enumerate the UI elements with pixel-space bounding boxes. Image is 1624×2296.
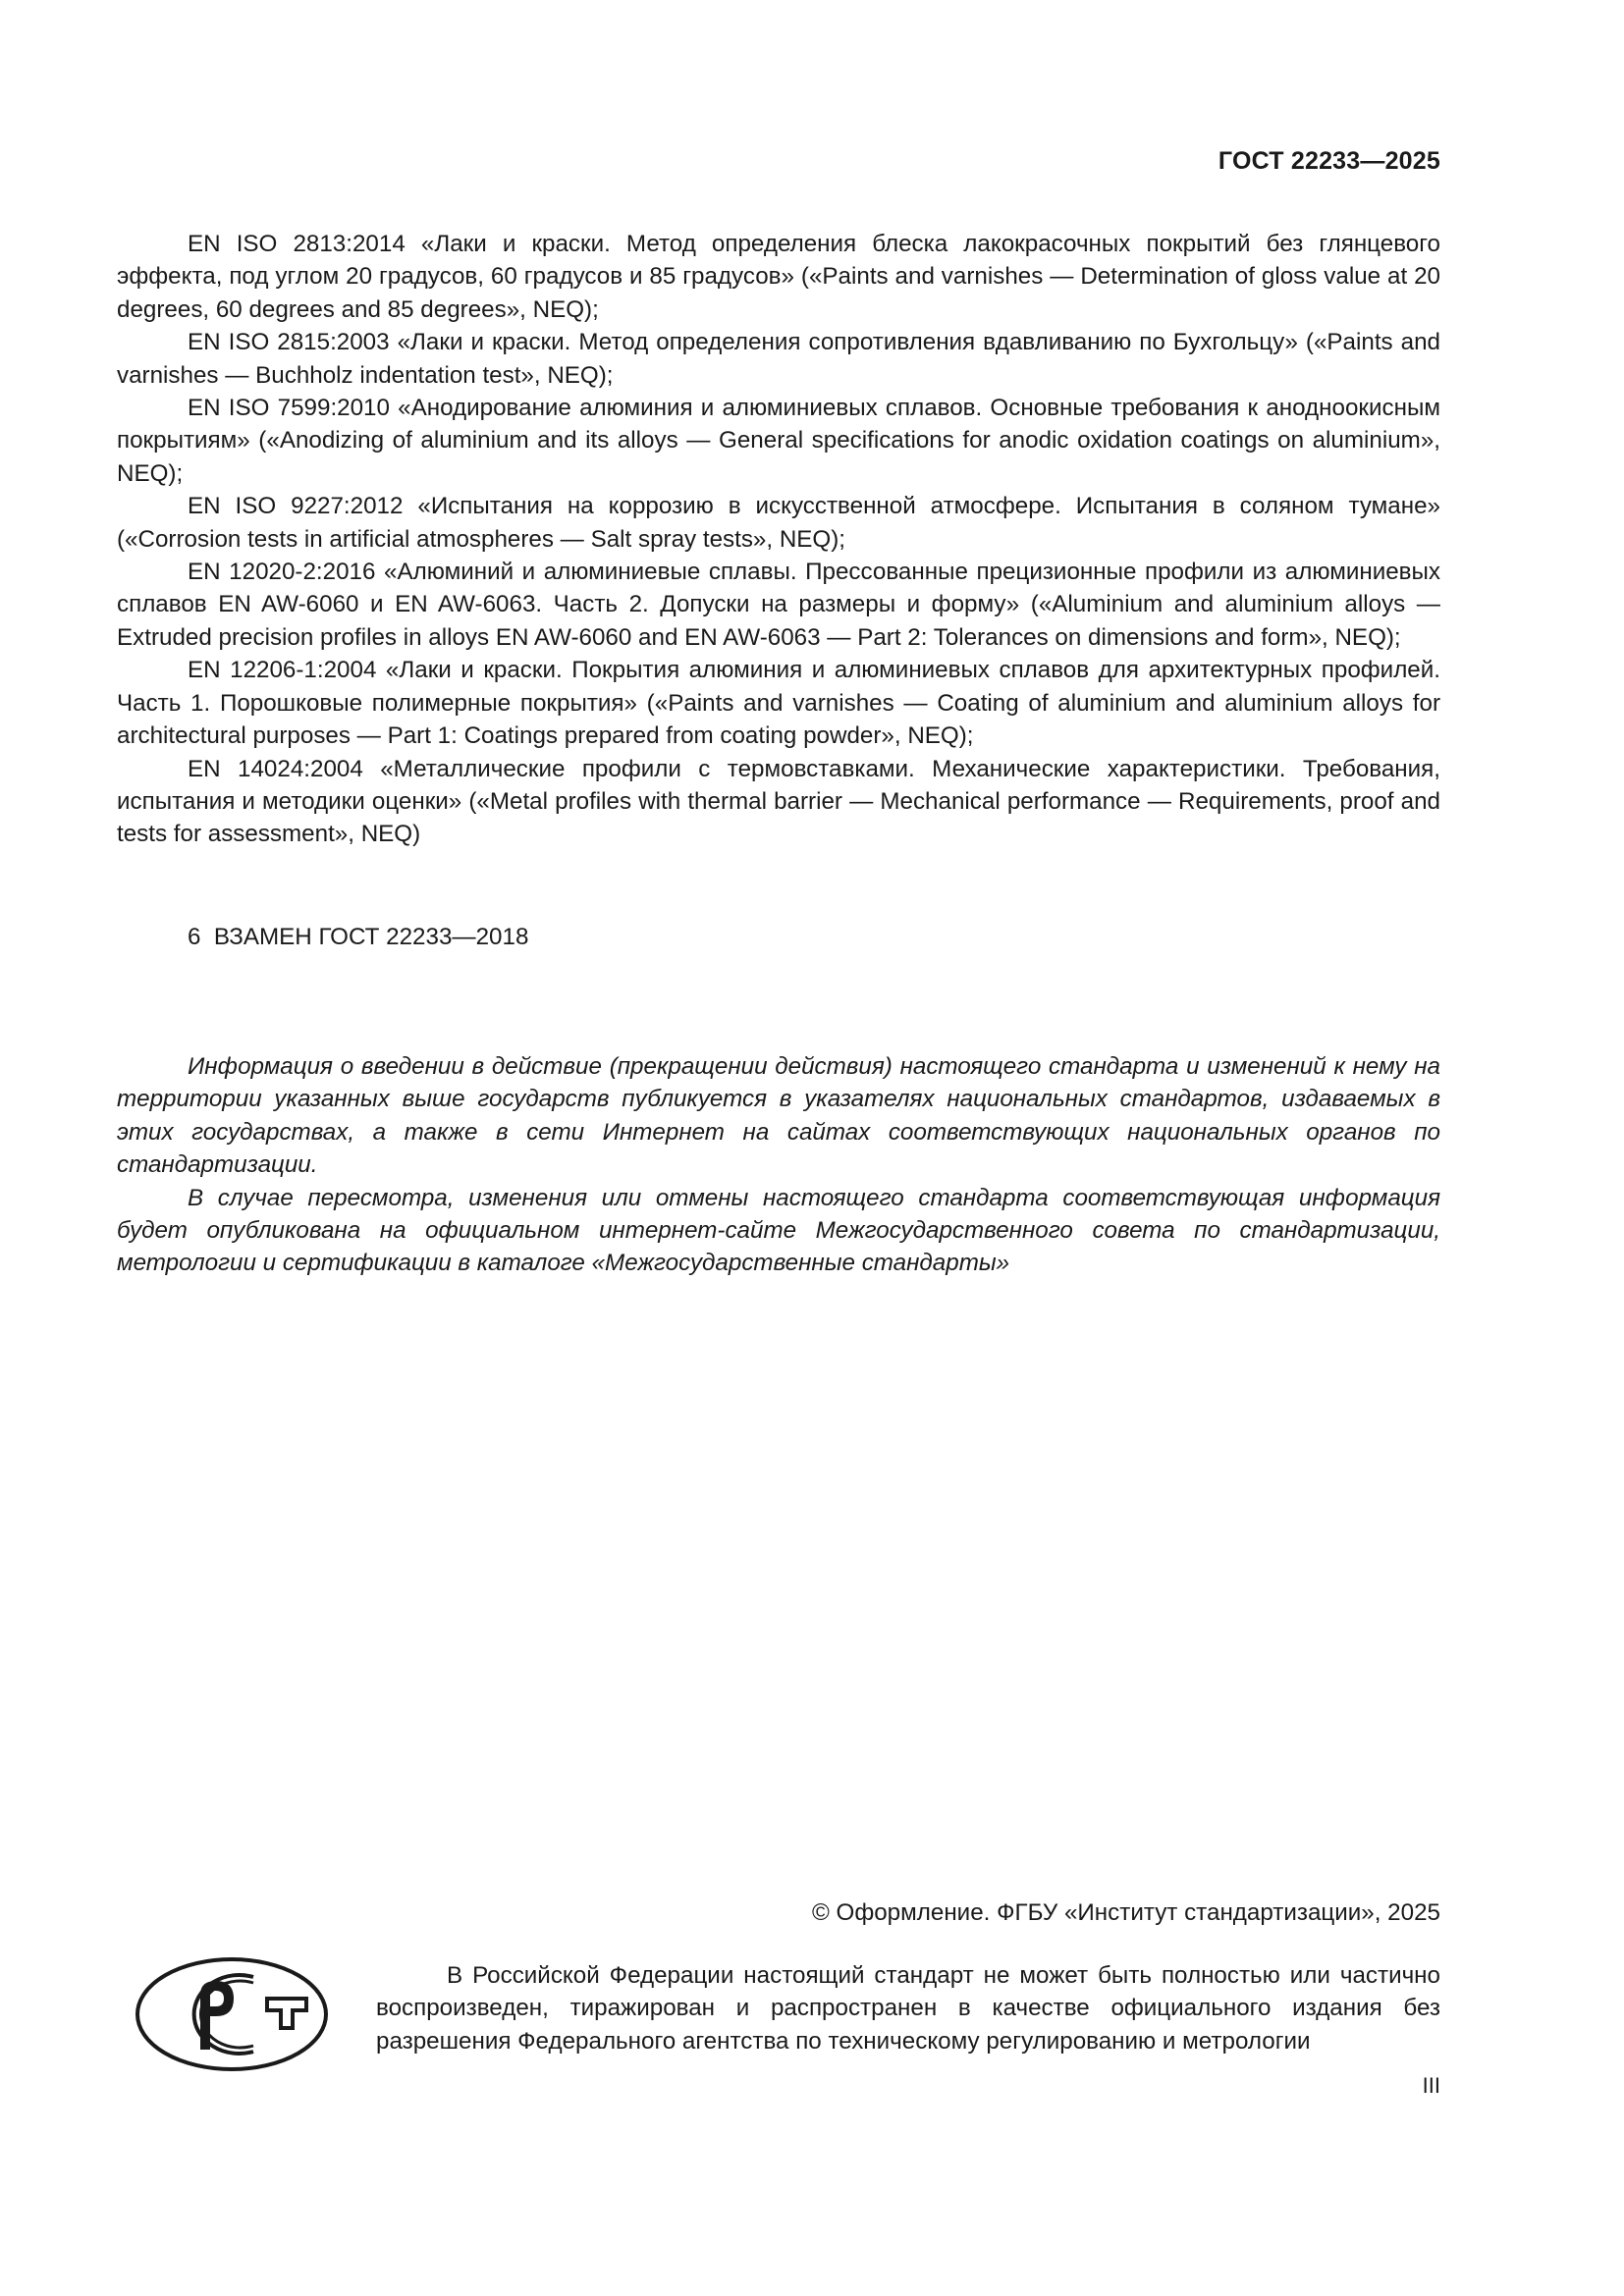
clause-number: 6	[188, 924, 200, 950]
replacement-text: ВЗАМЕН ГОСТ 22233—2018	[214, 924, 529, 950]
reference-item: EN 12020-2:2016 «Алюминий и алюминиевые …	[117, 556, 1440, 654]
page-header-document-id: ГОСТ 22233—2025	[1218, 147, 1440, 176]
normative-references: EN ISO 2813:2014 «Лаки и краски. Метод о…	[117, 228, 1440, 851]
reference-item: EN ISO 2815:2003 «Лаки и краски. Метод о…	[117, 326, 1440, 392]
reference-item: EN 14024:2004 «Металлические профили с т…	[117, 753, 1440, 851]
publication-info: Информация о введении в действие (прекра…	[117, 1050, 1440, 1280]
info-paragraph: В случае пересмотра, изменения или отмен…	[117, 1182, 1440, 1280]
reproduction-notice: В Российской Федерации настоящий стандар…	[376, 1959, 1440, 2057]
info-paragraph: Информация о введении в действие (прекра…	[117, 1050, 1440, 1182]
replacement-clause: 6 ВЗАМЕН ГОСТ 22233—2018	[188, 921, 528, 953]
reference-item: EN ISO 7599:2010 «Анодирование алюминия …	[117, 392, 1440, 490]
rst-certification-mark-icon	[134, 1955, 330, 2073]
reference-item: EN 12206-1:2004 «Лаки и краски. Покрытия…	[117, 654, 1440, 752]
reference-item: EN ISO 2813:2014 «Лаки и краски. Метод о…	[117, 228, 1440, 326]
copyright-line: © Оформление. ФГБУ «Институт стандартиза…	[812, 1896, 1440, 1929]
reference-item: EN ISO 9227:2012 «Испытания на коррозию …	[117, 490, 1440, 556]
notice-text: В Российской Федерации настоящий стандар…	[376, 1959, 1440, 2057]
page-number: III	[1423, 2071, 1440, 2101]
